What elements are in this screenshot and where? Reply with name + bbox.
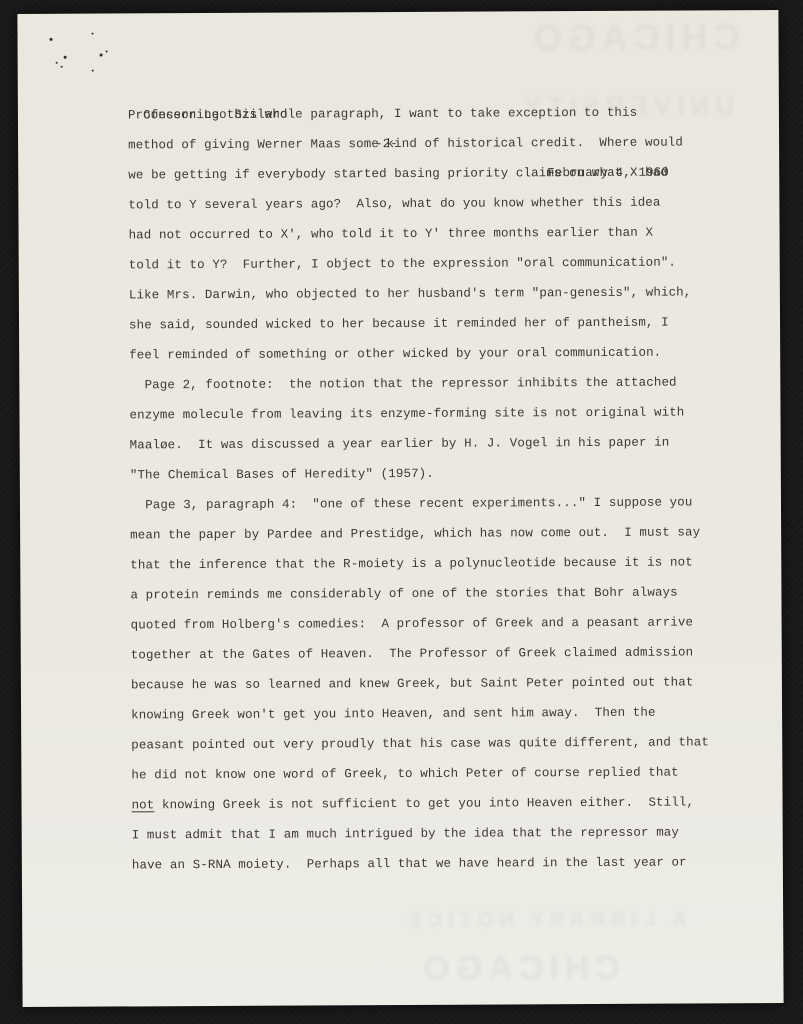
ink-speck xyxy=(50,38,53,41)
text-line: method of giving Werner Maas some kind o… xyxy=(128,127,748,160)
text-line: feel reminded of something or other wick… xyxy=(129,337,749,370)
text-line: peasant pointed out very proudly that hi… xyxy=(131,727,751,760)
text-line: she said, sounded wicked to her because … xyxy=(129,307,749,340)
letter-page: Professor Leo Szilard -2- February 4, 19… xyxy=(17,10,783,1007)
text-line: not knowing Greek is not sufficient to g… xyxy=(131,787,751,820)
text-line: a protein reminds me considerably of one… xyxy=(130,577,750,610)
text-line: together at the Gates of Heaven. The Pro… xyxy=(131,637,751,670)
ink-speck xyxy=(106,51,108,53)
text-line: mean the paper by Pardee and Prestidge, … xyxy=(130,517,750,550)
ink-speck xyxy=(92,33,94,35)
text-line: told it to Y? Further, I object to the e… xyxy=(129,247,749,280)
bleedthrough-text: CHICAGO xyxy=(417,949,620,989)
text-line: Like Mrs. Darwin, who objected to her hu… xyxy=(129,277,749,310)
bleedthrough-layer: CHICAGOUNIVERSITYA LIBRARY NOTICECHICAGO xyxy=(17,10,778,14)
text-line: had not occurred to X', who told it to Y… xyxy=(128,217,748,250)
underlined-word: not xyxy=(132,798,155,812)
text-line: Page 2, footnote: the notion that the re… xyxy=(129,367,749,400)
text-line: Maaløe. It was discussed a year earlier … xyxy=(130,427,750,460)
text-line: "The Chemical Bases of Heredity" (1957). xyxy=(130,457,750,490)
text-line: knowing Greek won't get you into Heaven,… xyxy=(131,697,751,730)
ink-speck xyxy=(61,66,63,68)
scanned-document-screenshot: { "document": { "header": { "recipient":… xyxy=(0,0,803,1024)
letter-date: February 4, 1960 xyxy=(547,158,669,189)
text-line: quoted from Holberg's comedies: A profes… xyxy=(131,607,751,640)
ink-specks xyxy=(17,10,778,14)
ink-speck xyxy=(56,62,58,64)
ink-speck xyxy=(64,56,67,59)
letter-body: Concerning this whole paragraph, I want … xyxy=(128,97,752,880)
text-line: because he was so learned and knew Greek… xyxy=(131,667,751,700)
page-number: -2- xyxy=(375,129,398,159)
page-header: Professor Leo Szilard -2- February 4, 19… xyxy=(128,67,748,100)
text-line: that the inference that the R-moiety is … xyxy=(130,547,750,580)
text-line: told to Y several years ago? Also, what … xyxy=(128,187,748,220)
recipient-name: Professor Leo Szilard xyxy=(128,100,288,131)
text-line: I must admit that I am much intrigued by… xyxy=(132,817,752,850)
ink-speck xyxy=(100,54,103,57)
text-line: Page 3, paragraph 4: "one of these recen… xyxy=(130,487,750,520)
text-line: have an S-RNA moiety. Perhaps all that w… xyxy=(132,847,752,880)
typewritten-text: Professor Leo Szilard -2- February 4, 19… xyxy=(128,67,752,880)
ink-speck xyxy=(92,70,94,72)
bleedthrough-text: CHICAGO xyxy=(527,16,739,59)
text-line: he did not know one word of Greek, to wh… xyxy=(131,757,751,790)
bleedthrough-text: A LIBRARY NOTICE xyxy=(402,909,686,933)
text-line: enzyme molecule from leaving its enzyme-… xyxy=(129,397,749,430)
